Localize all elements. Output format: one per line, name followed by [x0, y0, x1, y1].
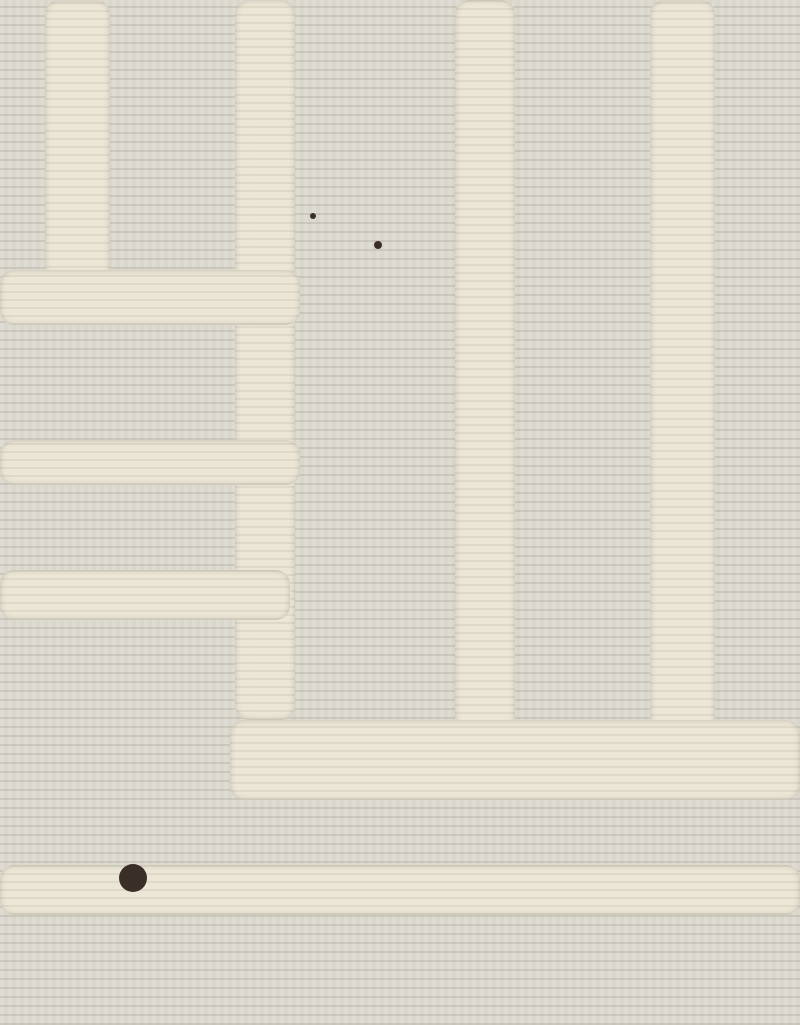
raised-horizontal-band	[0, 440, 300, 485]
rug-texture-photo	[0, 0, 800, 1025]
raised-horizontal-band	[0, 270, 300, 325]
raised-vertical-band	[650, 0, 715, 740]
dark-fiber-speck	[119, 864, 147, 892]
dark-fiber-speck	[310, 213, 316, 219]
raised-horizontal-band	[230, 720, 800, 800]
raised-horizontal-band	[0, 570, 290, 620]
dark-fiber-speck	[374, 241, 382, 249]
raised-vertical-band	[455, 0, 515, 730]
raised-vertical-band	[45, 0, 110, 300]
